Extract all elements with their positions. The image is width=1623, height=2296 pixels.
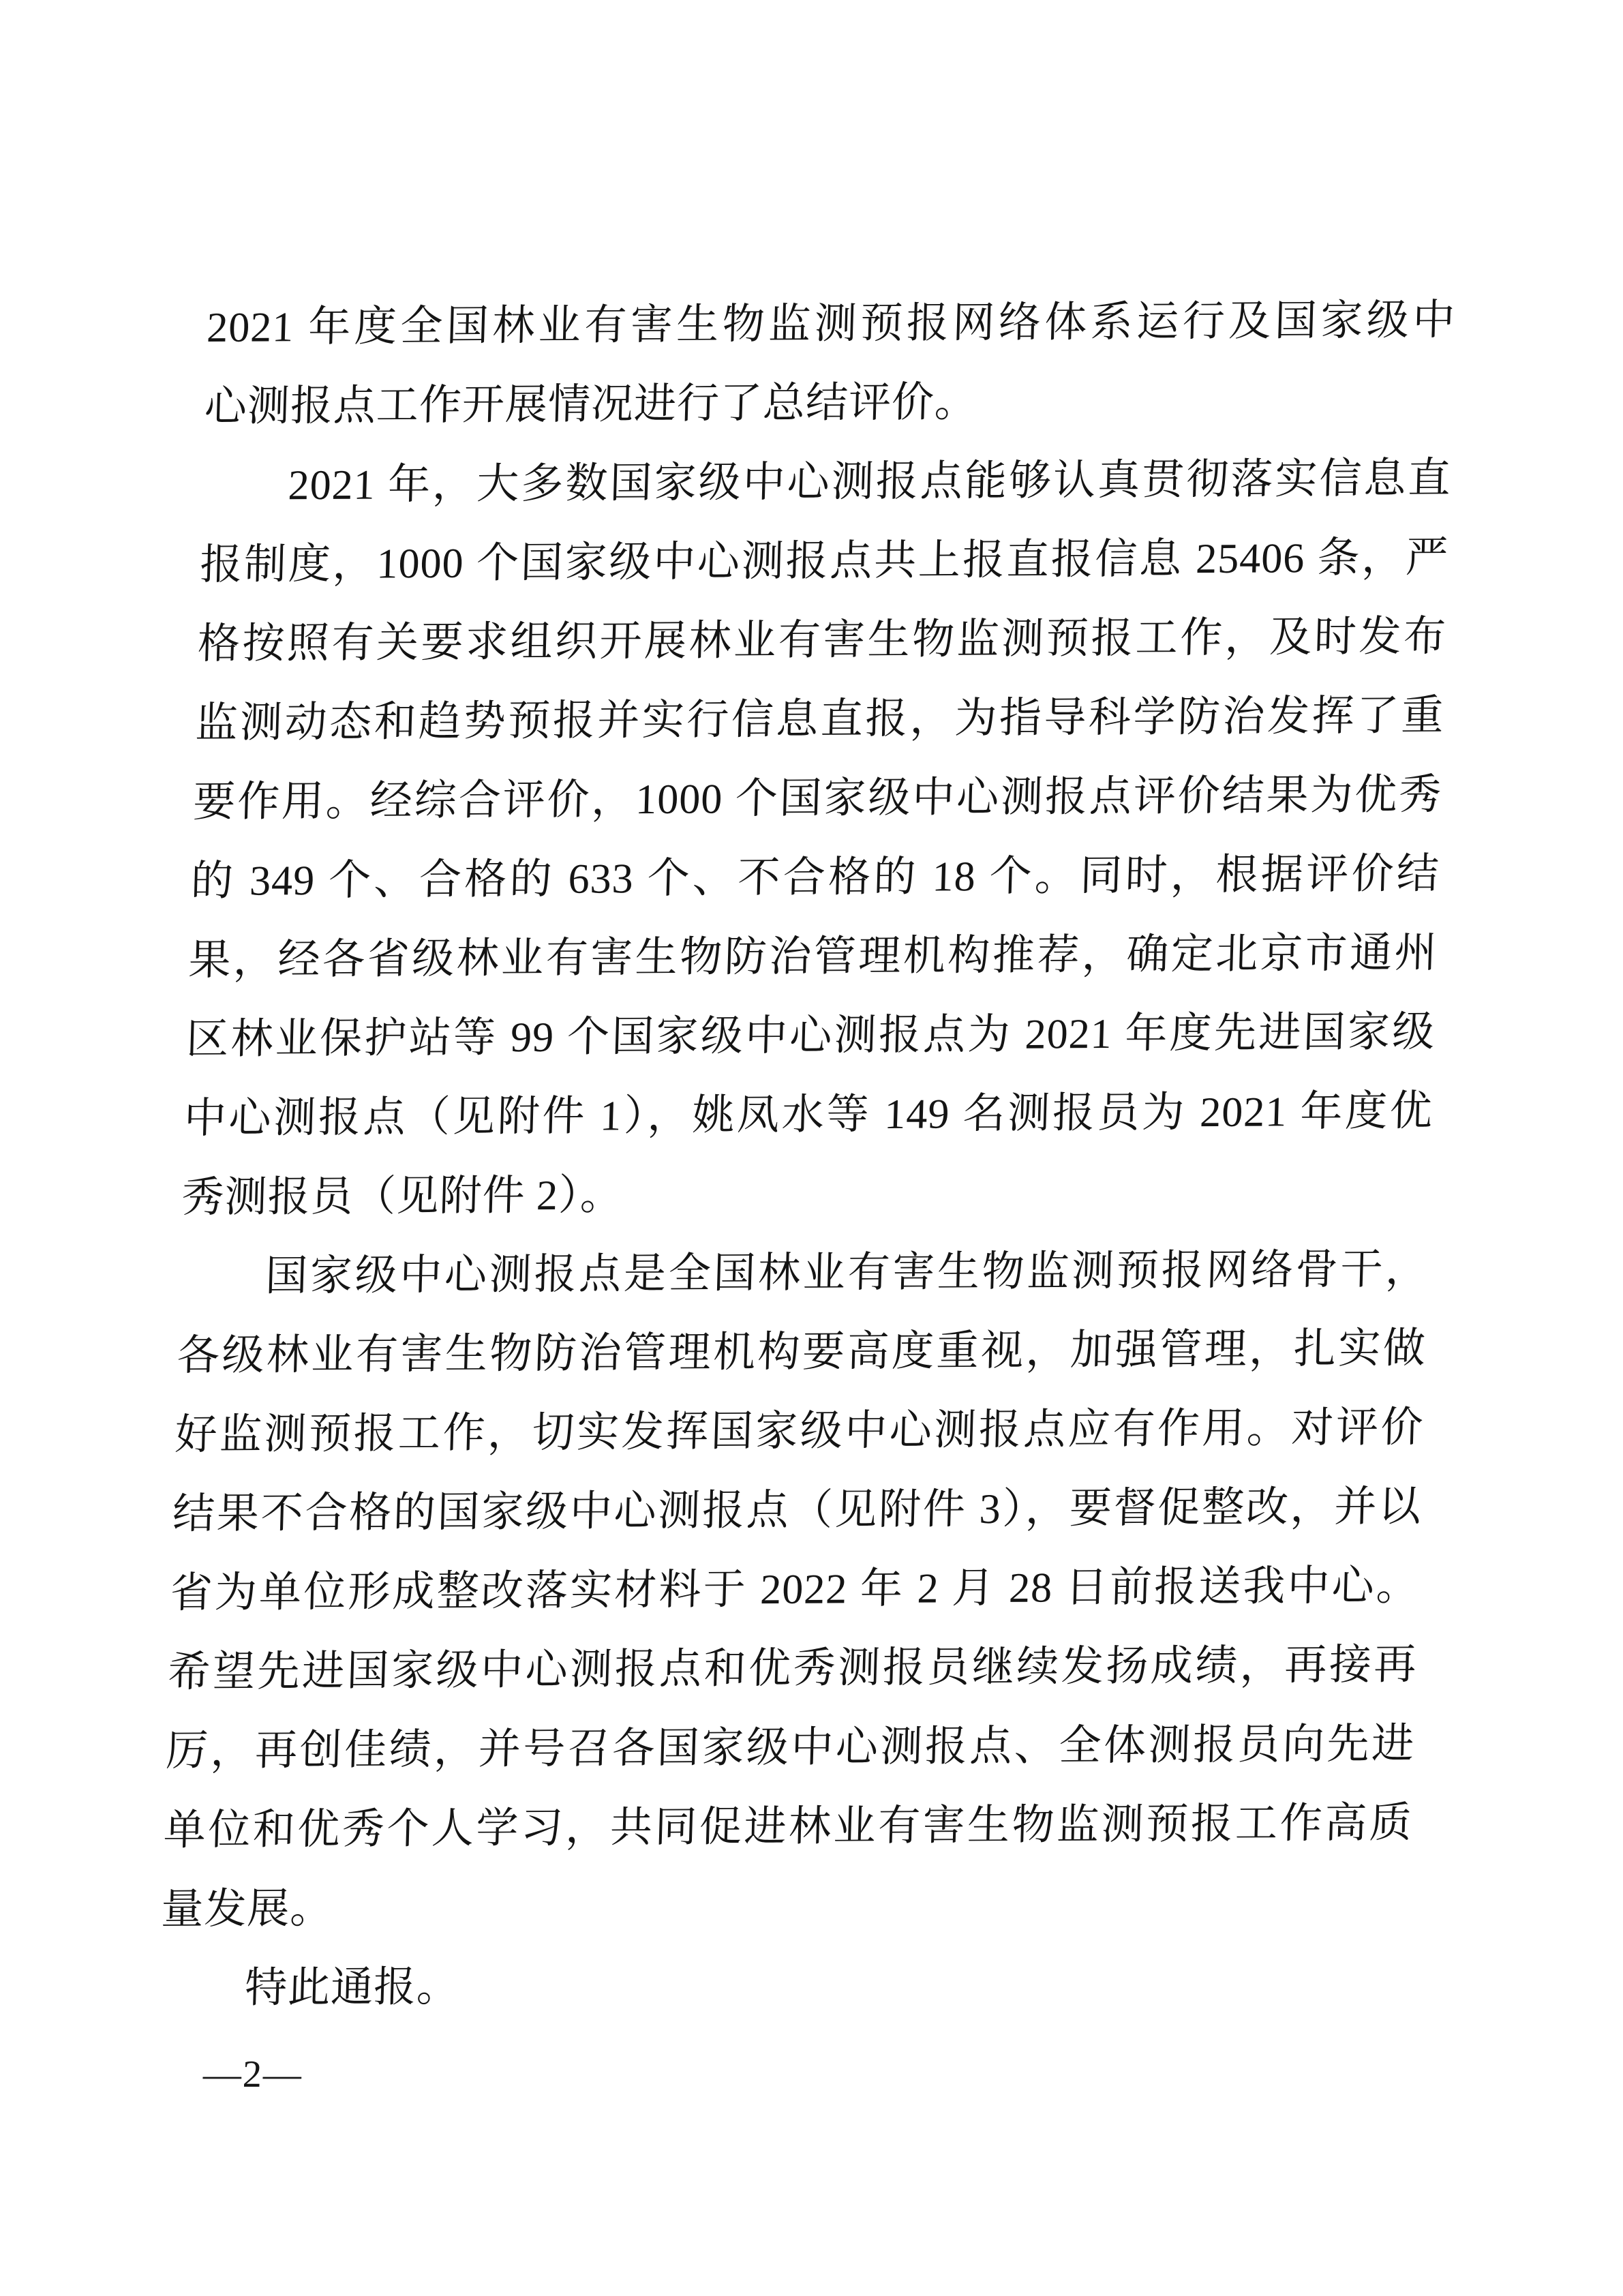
document-line: 国家级中心测报点是全国林业有害生物监测预报网络骨干， bbox=[179, 1230, 1429, 1316]
document-page: 2021 年度全国林业有害生物监测预报网络体系运行及国家级中 心测报点工作开展情… bbox=[0, 0, 1623, 2296]
document-line: 的 349 个、合格的 633 个、不合格的 18 个。同时，根据评价结 bbox=[189, 834, 1440, 921]
document-line: 好监测预报工作，切实发挥国家级中心测报点应有作用。对评价 bbox=[174, 1388, 1425, 1475]
document-line: 区林业保护站等 99 个国家级中心测报点为 2021 年度先进国家级 bbox=[185, 993, 1436, 1079]
document-line: 2021 年度全国林业有害生物监测预报网络体系运行及国家级中 bbox=[206, 281, 1457, 367]
document-line: 单位和优秀个人学习，共同促进林业有害生物监测预报工作高质 bbox=[162, 1783, 1413, 1870]
document-line: 量发展。 bbox=[160, 1862, 1411, 1949]
document-line: 果，经各省级林业有害生物防治管理机构推荐，确定北京市通州 bbox=[187, 913, 1438, 1000]
document-body: 2021 年度全国林业有害生物监测预报网络体系运行及国家级中 心测报点工作开展情… bbox=[157, 281, 1456, 2029]
document-line: 格按照有关要求组织开展林业有害生物监测预报工作，及时发布 bbox=[196, 597, 1447, 684]
page-number: —2— bbox=[202, 2049, 303, 2100]
document-line: 结果不合格的国家级中心测报点（见附件 3），要督促整改，并以 bbox=[172, 1467, 1423, 1554]
document-line: 秀测报员（见附件 2）。 bbox=[181, 1151, 1431, 1237]
document-line: 中心测报点（见附件 1），姚凤水等 149 名测报员为 2021 年度优 bbox=[183, 1072, 1434, 1158]
document-line: 心测报点工作开展情况进行了总结评价。 bbox=[203, 360, 1454, 447]
document-line: 要作用。经综合评价，1000 个国家级中心测报点评价结果为优秀 bbox=[192, 755, 1443, 842]
document-line: 省为单位形成整改落实材料于 2022 年 2 月 28 日前报送我中心。 bbox=[169, 1546, 1420, 1633]
document-line: 特此通报。 bbox=[157, 1942, 1408, 2028]
document-line: 报制度，1000 个国家级中心测报点共上报直报信息 25406 条，严 bbox=[199, 518, 1450, 605]
document-line: 各级林业有害生物防治管理机构要高度重视，加强管理，扎实做 bbox=[176, 1309, 1427, 1395]
document-line: 2021 年，大多数国家级中心测报点能够认真贯彻落实信息直 bbox=[201, 439, 1452, 526]
document-line: 监测动态和趋势预报并实行信息直报，为指导科学防治发挥了重 bbox=[194, 676, 1445, 763]
document-line: 厉，再创佳绩，并号召各国家级中心测报点、全体测报员向先进 bbox=[164, 1704, 1415, 1791]
document-line: 希望先进国家级中心测报点和优秀测报员继续发扬成绩，再接再 bbox=[167, 1625, 1418, 1712]
